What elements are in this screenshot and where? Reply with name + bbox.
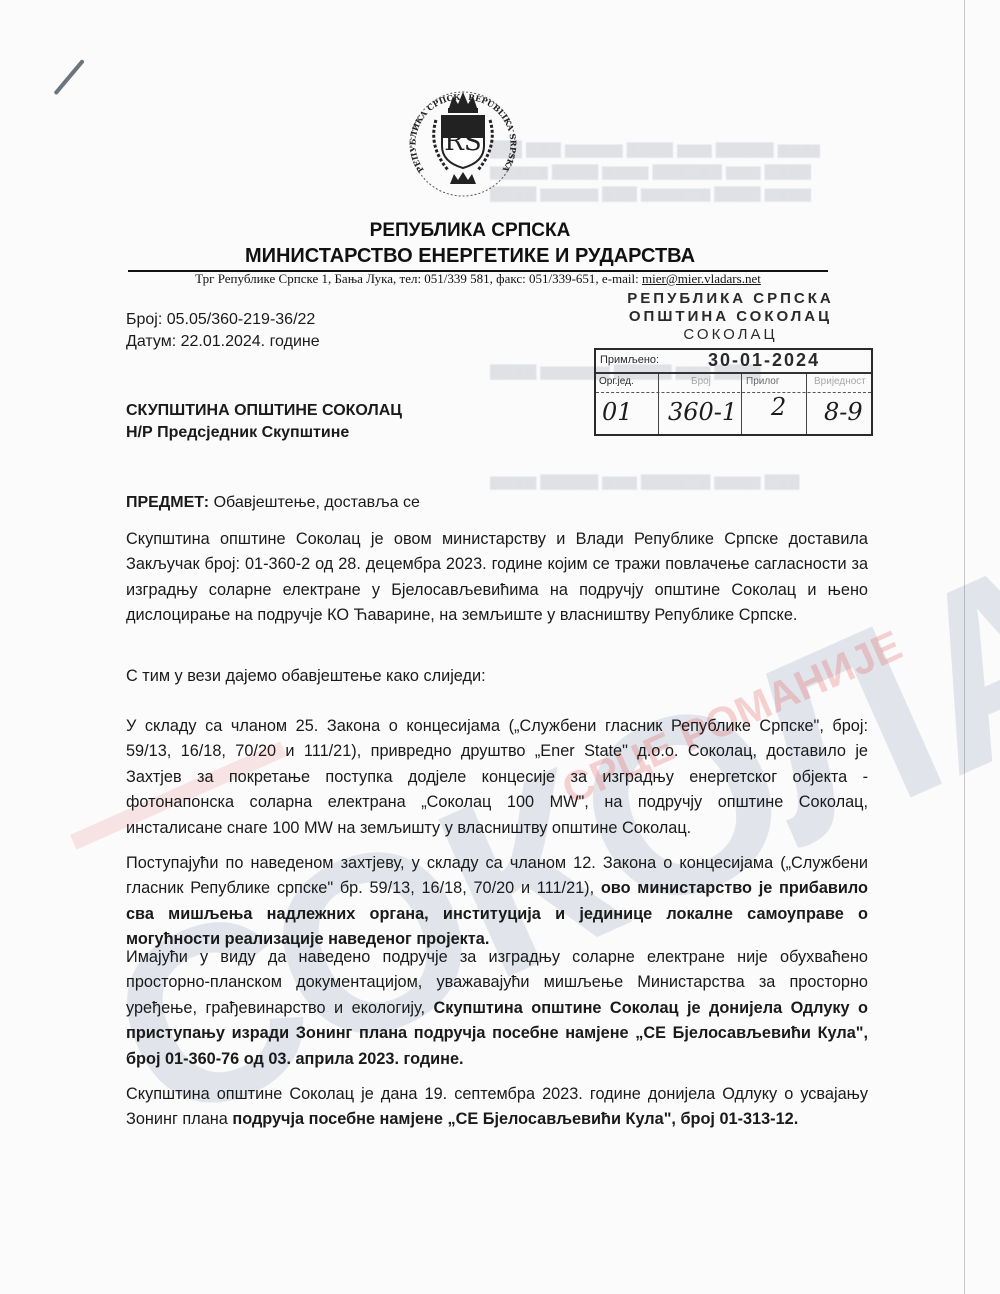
header-ministry: МИНИСТАРСТВО ЕНЕРГЕТИКЕ И РУДАРСТВА: [0, 245, 940, 268]
stamp-col-value: Вриједност: [814, 376, 866, 387]
scan-artifact-mark: [53, 59, 84, 95]
svg-text:RS: RS: [444, 127, 481, 157]
stamp-received-date: 30-01-2024: [708, 350, 820, 371]
stamp-line-municipality: ОПШТИНА СОКОЛАЦ: [588, 308, 873, 326]
stamp-col-number: Број: [691, 376, 711, 387]
stamp-received-row: Примљено: 30-01-2024: [596, 350, 871, 374]
stamp-line-republic: РЕПУБЛИКА СРПСКА: [588, 290, 873, 308]
document-number: Број: 05.05/360-219-36/22: [126, 311, 315, 329]
document-page: ███ ▇▇▇ ▆▆▆▆▆ ▇▇▇▇ ▆▆▆ ▇▇▇▇▇ ▆▆▆▆ ▇▇▇ ▆▆…: [0, 0, 1000, 1294]
stamp-handwritten-row: 01 360-1 2 8-9: [596, 393, 871, 434]
paragraph-3: У складу са чланом 25. Закона о концесиј…: [126, 714, 868, 841]
subject-label: ПРЕДМЕТ:: [126, 494, 209, 511]
addressee-name: СКУПШТИНА ОПШТИНЕ СОКОЛАЦ: [126, 402, 402, 420]
handwritten-attachment: 2: [771, 393, 786, 421]
handwritten-number: 360-1: [668, 398, 737, 426]
paragraph-2: С тим у вези дајемо обавјештење како сли…: [126, 664, 868, 689]
email-link[interactable]: mier@mier.vladars.net: [642, 271, 761, 286]
bleed-through-text: ▇▇▇▇ ▆▆▆▆▆ ▇▇▇ ▆▆▆▆▆▆ ▇▇▇▇ ▆▆▆▆: [490, 184, 820, 204]
paragraph-5: Имајући у виду да наведено подручје за и…: [126, 945, 868, 1072]
stamp-received-label: Примљено:: [600, 354, 659, 366]
paragraph-1: Скупштина општине Соколац је овом минист…: [126, 527, 868, 629]
bleed-through-text: ▆▆▆▆▆ ▇▇▇▇ ▆▆▆▆ ▇▇▇▇▇▇ ▆▆▆ ▇▇▇▇: [490, 162, 820, 182]
paragraph-4: Поступајући по наведеном захтјеву, у скл…: [126, 851, 868, 953]
received-stamp: РЕПУБЛИКА СРПСКА ОПШТИНА СОКОЛАЦ СОКОЛАЦ…: [588, 290, 873, 344]
header-republic: РЕПУБЛИКА СРПСКА: [0, 220, 940, 242]
stamp-box: Примљено: 30-01-2024 Орг.јед. Број Прило…: [594, 348, 873, 436]
handwritten-value: 8-9: [824, 398, 863, 426]
bleed-through-text: ███ ▇▇▇ ▆▆▆▆▆ ▇▇▇▇ ▆▆▆ ▇▇▇▇▇ ▆▆▆▆ ▇▇▇: [490, 140, 820, 160]
coat-of-arms-emblem-icon: РЕПУБЛИКА СРПСКА REPUBLIKA SRPSKA RS: [402, 80, 524, 202]
header-contact: Трг Републике Српске 1, Бања Лука, тел: …: [128, 271, 828, 287]
subject-text: Обавјештење, доставља се: [209, 494, 420, 511]
paragraph-6-emphasis: подручја посебне намјене „СЕ Бјелосављев…: [232, 1110, 798, 1128]
handwritten-org: 01: [602, 398, 633, 426]
bleed-through-text: ▆▆▆▆ ▇▇▇▇▇ ▆▆▆ ▇▇▇▇▇▇ ▆▆▆▆ ▇▇▇: [490, 472, 820, 492]
paragraph-6: Скупштина општине Соколац је дана 19. се…: [126, 1082, 868, 1133]
contact-details: Трг Републике Српске 1, Бања Лука, тел: …: [195, 271, 642, 286]
stamp-col-org: Орг.јед.: [599, 376, 634, 387]
subject-line: ПРЕДМЕТ: Обавјештење, доставља се: [126, 494, 420, 512]
document-date: Датум: 22.01.2024. године: [126, 333, 320, 351]
stamp-label-row: Орг.јед. Број Прилог Вриједност: [596, 374, 871, 393]
stamp-col-attachment: Прилог: [746, 376, 780, 387]
stamp-line-town: СОКОЛАЦ: [588, 326, 873, 344]
addressee-attention: Н/Р Предсједник Скупштине: [126, 424, 349, 442]
